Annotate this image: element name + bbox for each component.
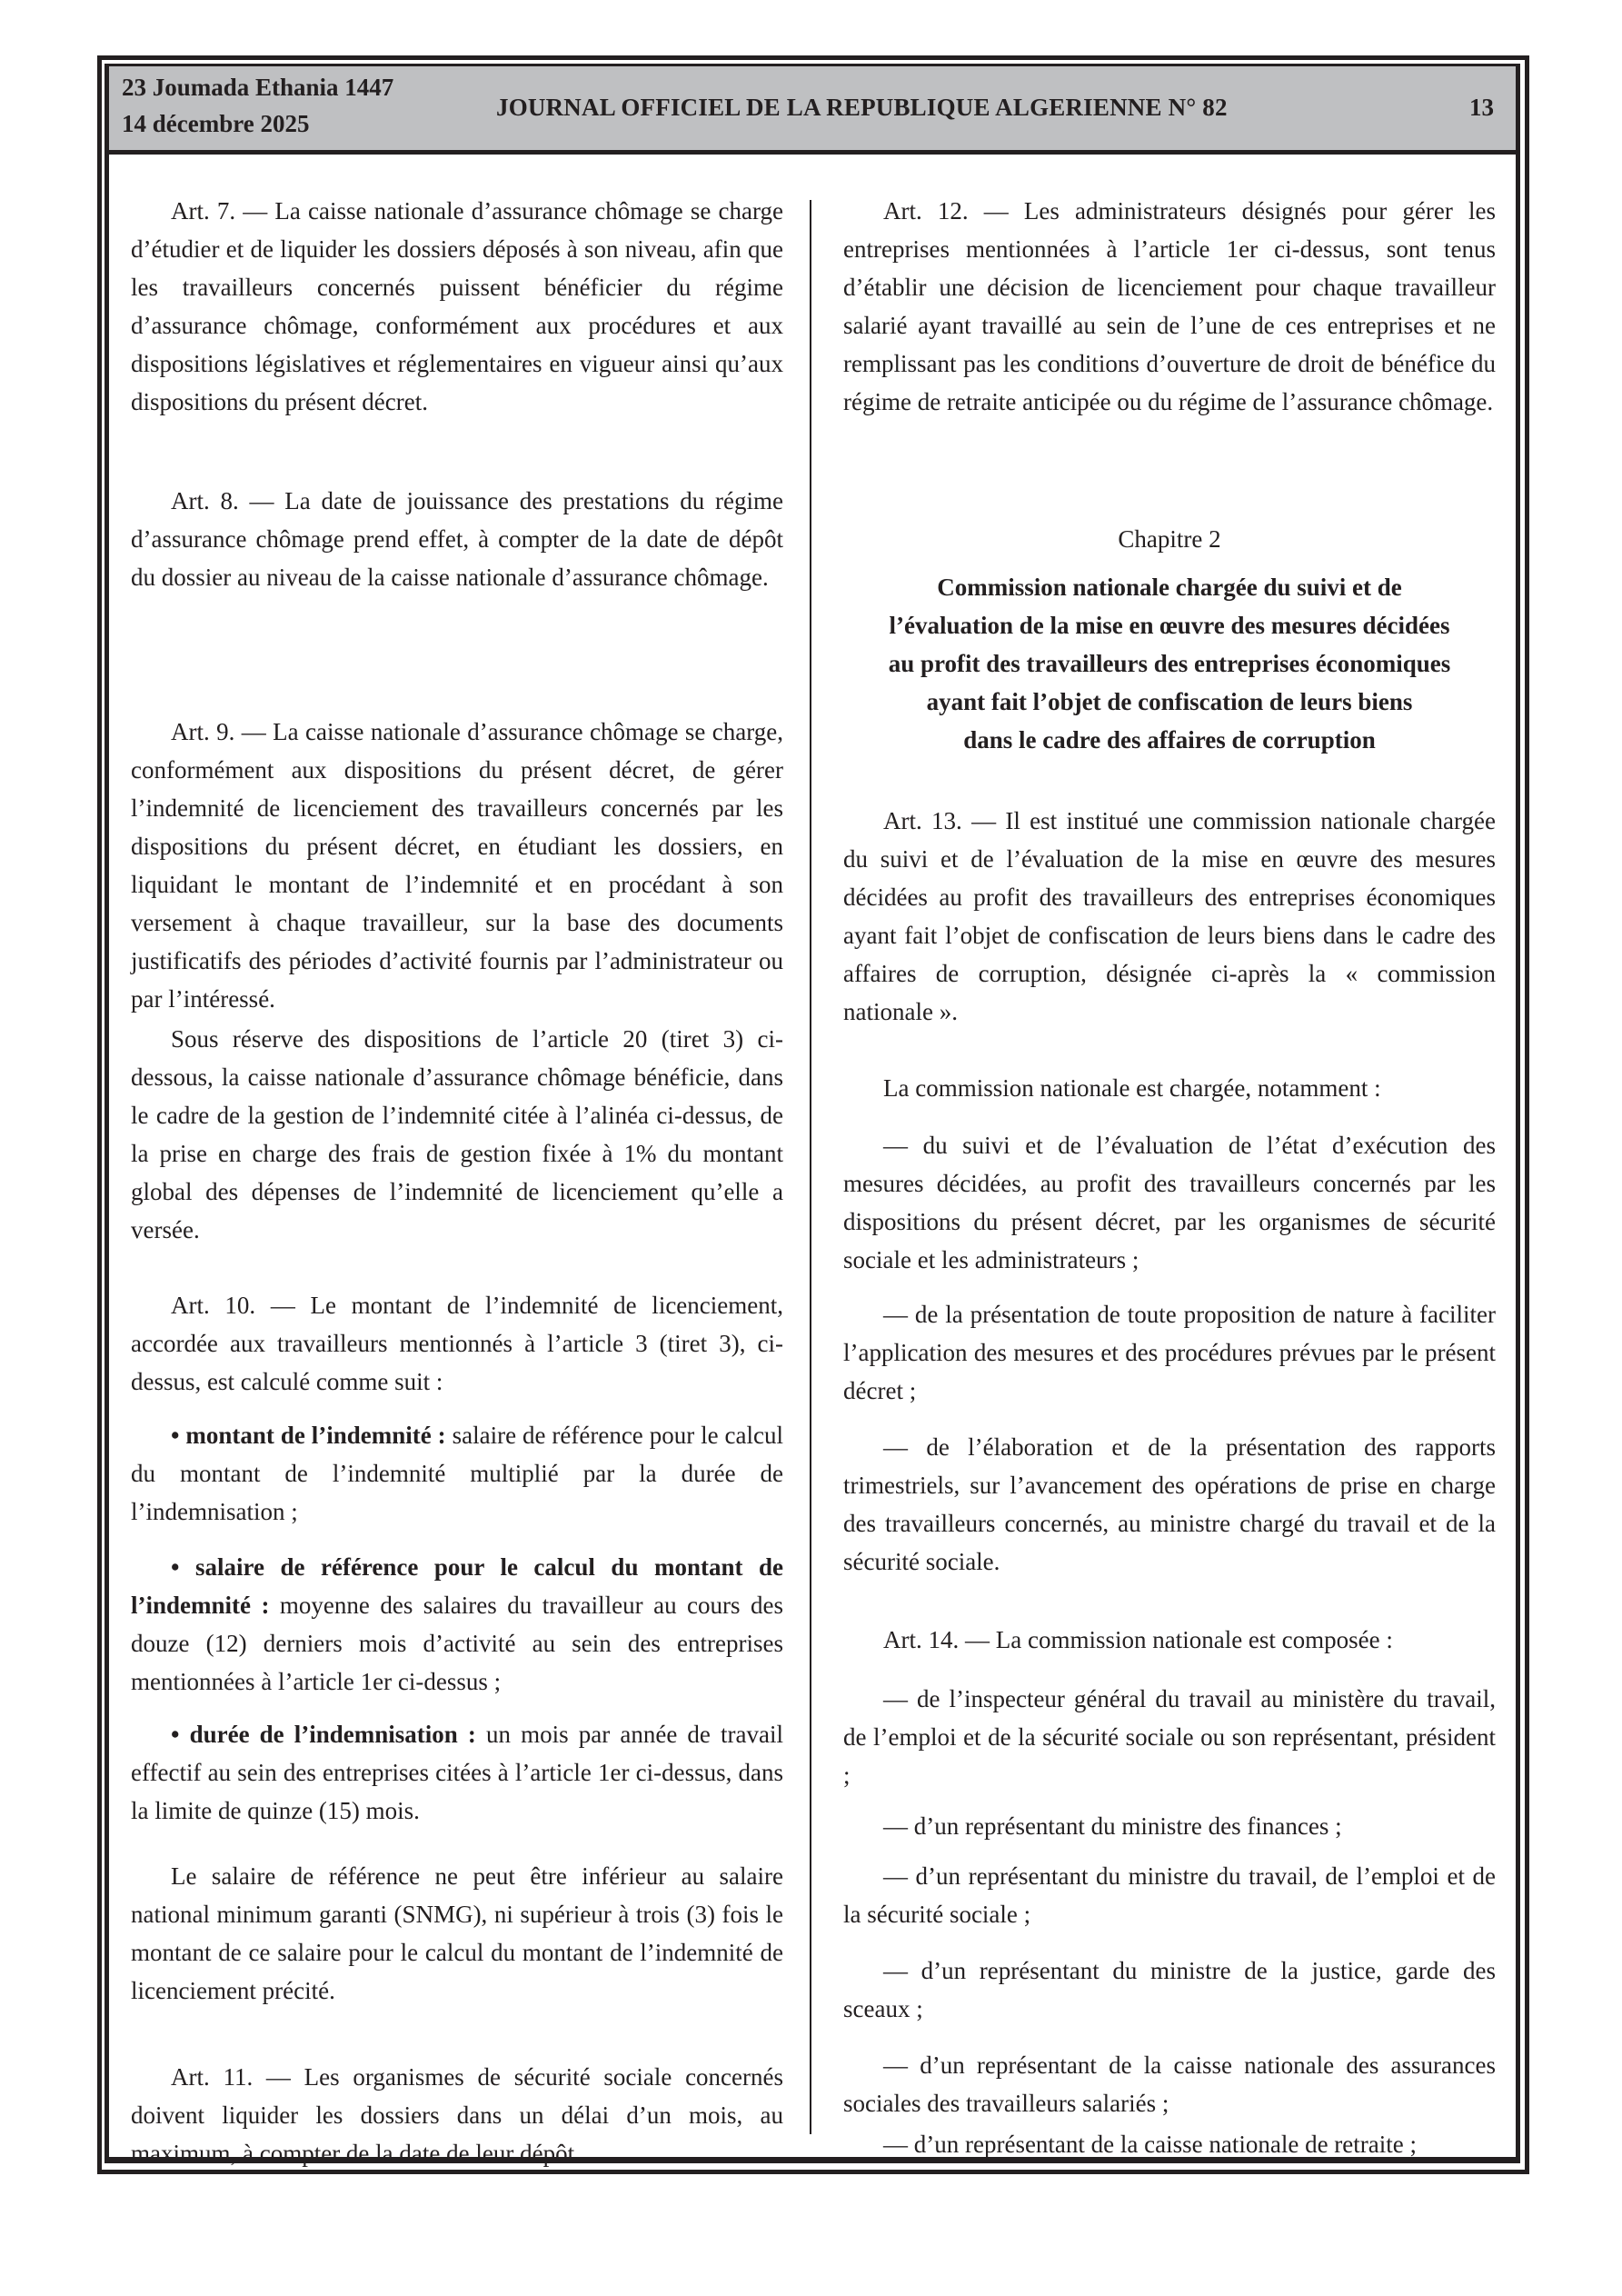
chapter-title-line: au profit des travailleurs des entrepris… bbox=[843, 644, 1496, 683]
gregorian-date: 14 décembre 2025 bbox=[122, 108, 309, 139]
article-14-item: — de l’inspecteur général du travail au … bbox=[843, 1680, 1496, 1794]
article-14-item: — d’un représentant du ministre du trava… bbox=[843, 1857, 1496, 1933]
salaire-reference-paragraph: Le salaire de référence ne peut être inf… bbox=[131, 1857, 783, 2010]
article-14-item: — d’un représentant du ministre des fina… bbox=[843, 1807, 1496, 1845]
page-number: 13 bbox=[1469, 92, 1494, 123]
article-10: Art. 10. — Le montant de l’indemnité de … bbox=[131, 1286, 783, 1401]
bullet-montant: • montant de l’indemnité : salaire de ré… bbox=[131, 1416, 783, 1531]
article-13-intro: La commission nationale est chargée, not… bbox=[843, 1069, 1496, 1107]
article-14-item: — d’un représentant de la caisse nationa… bbox=[843, 2046, 1496, 2122]
article-9: Art. 9. — La caisse nationale d’assuranc… bbox=[131, 713, 783, 1018]
bullet-duree: • durée de l’indemnisation : un mois par… bbox=[131, 1715, 783, 1830]
article-13: Art. 13. — Il est institué une commissio… bbox=[843, 802, 1496, 1031]
article-7: Art. 7. — La caisse nationale d’assuranc… bbox=[131, 192, 783, 421]
article-14-item: — d’un représentant de la caisse nationa… bbox=[843, 2125, 1496, 2163]
chapter-label: Chapitre 2 bbox=[843, 520, 1496, 558]
article-14-item: — d’un représentant du ministre de la ju… bbox=[843, 1952, 1496, 2028]
bullet-term: • durée de l’indemnisation : bbox=[171, 1721, 476, 1748]
chapter-title-line: ayant fait l’objet de confiscation de le… bbox=[843, 683, 1496, 721]
hijri-date: 23 Joumada Ethania 1447 bbox=[122, 72, 393, 103]
chapter-title-line: l’évaluation de la mise en œuvre des mes… bbox=[843, 606, 1496, 644]
chapter-title-line: Commission nationale chargée du suivi et… bbox=[843, 568, 1496, 606]
article-13-item: — de l’élaboration et de la présentation… bbox=[843, 1428, 1496, 1581]
article-13-item: — du suivi et de l’évaluation de l’état … bbox=[843, 1126, 1496, 1279]
journal-title: JOURNAL OFFICIEL DE LA REPUBLIQUE ALGERI… bbox=[496, 92, 1228, 123]
article-13-item: — de la présentation de toute propositio… bbox=[843, 1295, 1496, 1410]
bullet-term: • montant de l’indemnité : bbox=[171, 1422, 446, 1449]
bullet-salaire-reference: • salaire de référence pour le calcul du… bbox=[131, 1548, 783, 1701]
chapter-title-line: dans le cadre des affaires de corruption bbox=[843, 721, 1496, 759]
column-divider bbox=[810, 200, 811, 2134]
article-9-reserve: Sous réserve des dispositions de l’artic… bbox=[131, 1020, 783, 1249]
article-14: Art. 14. — La commission nationale est c… bbox=[843, 1621, 1496, 1659]
article-8: Art. 8. — La date de jouissance des pres… bbox=[131, 482, 783, 596]
article-11: Art. 11. — Les organismes de sécurité so… bbox=[131, 2058, 783, 2172]
article-12: Art. 12. — Les administrateurs désignés … bbox=[843, 192, 1496, 421]
chapter-title: Commission nationale chargée du suivi et… bbox=[843, 568, 1496, 759]
journal-header: 23 Joumada Ethania 1447 14 décembre 2025… bbox=[109, 66, 1516, 155]
